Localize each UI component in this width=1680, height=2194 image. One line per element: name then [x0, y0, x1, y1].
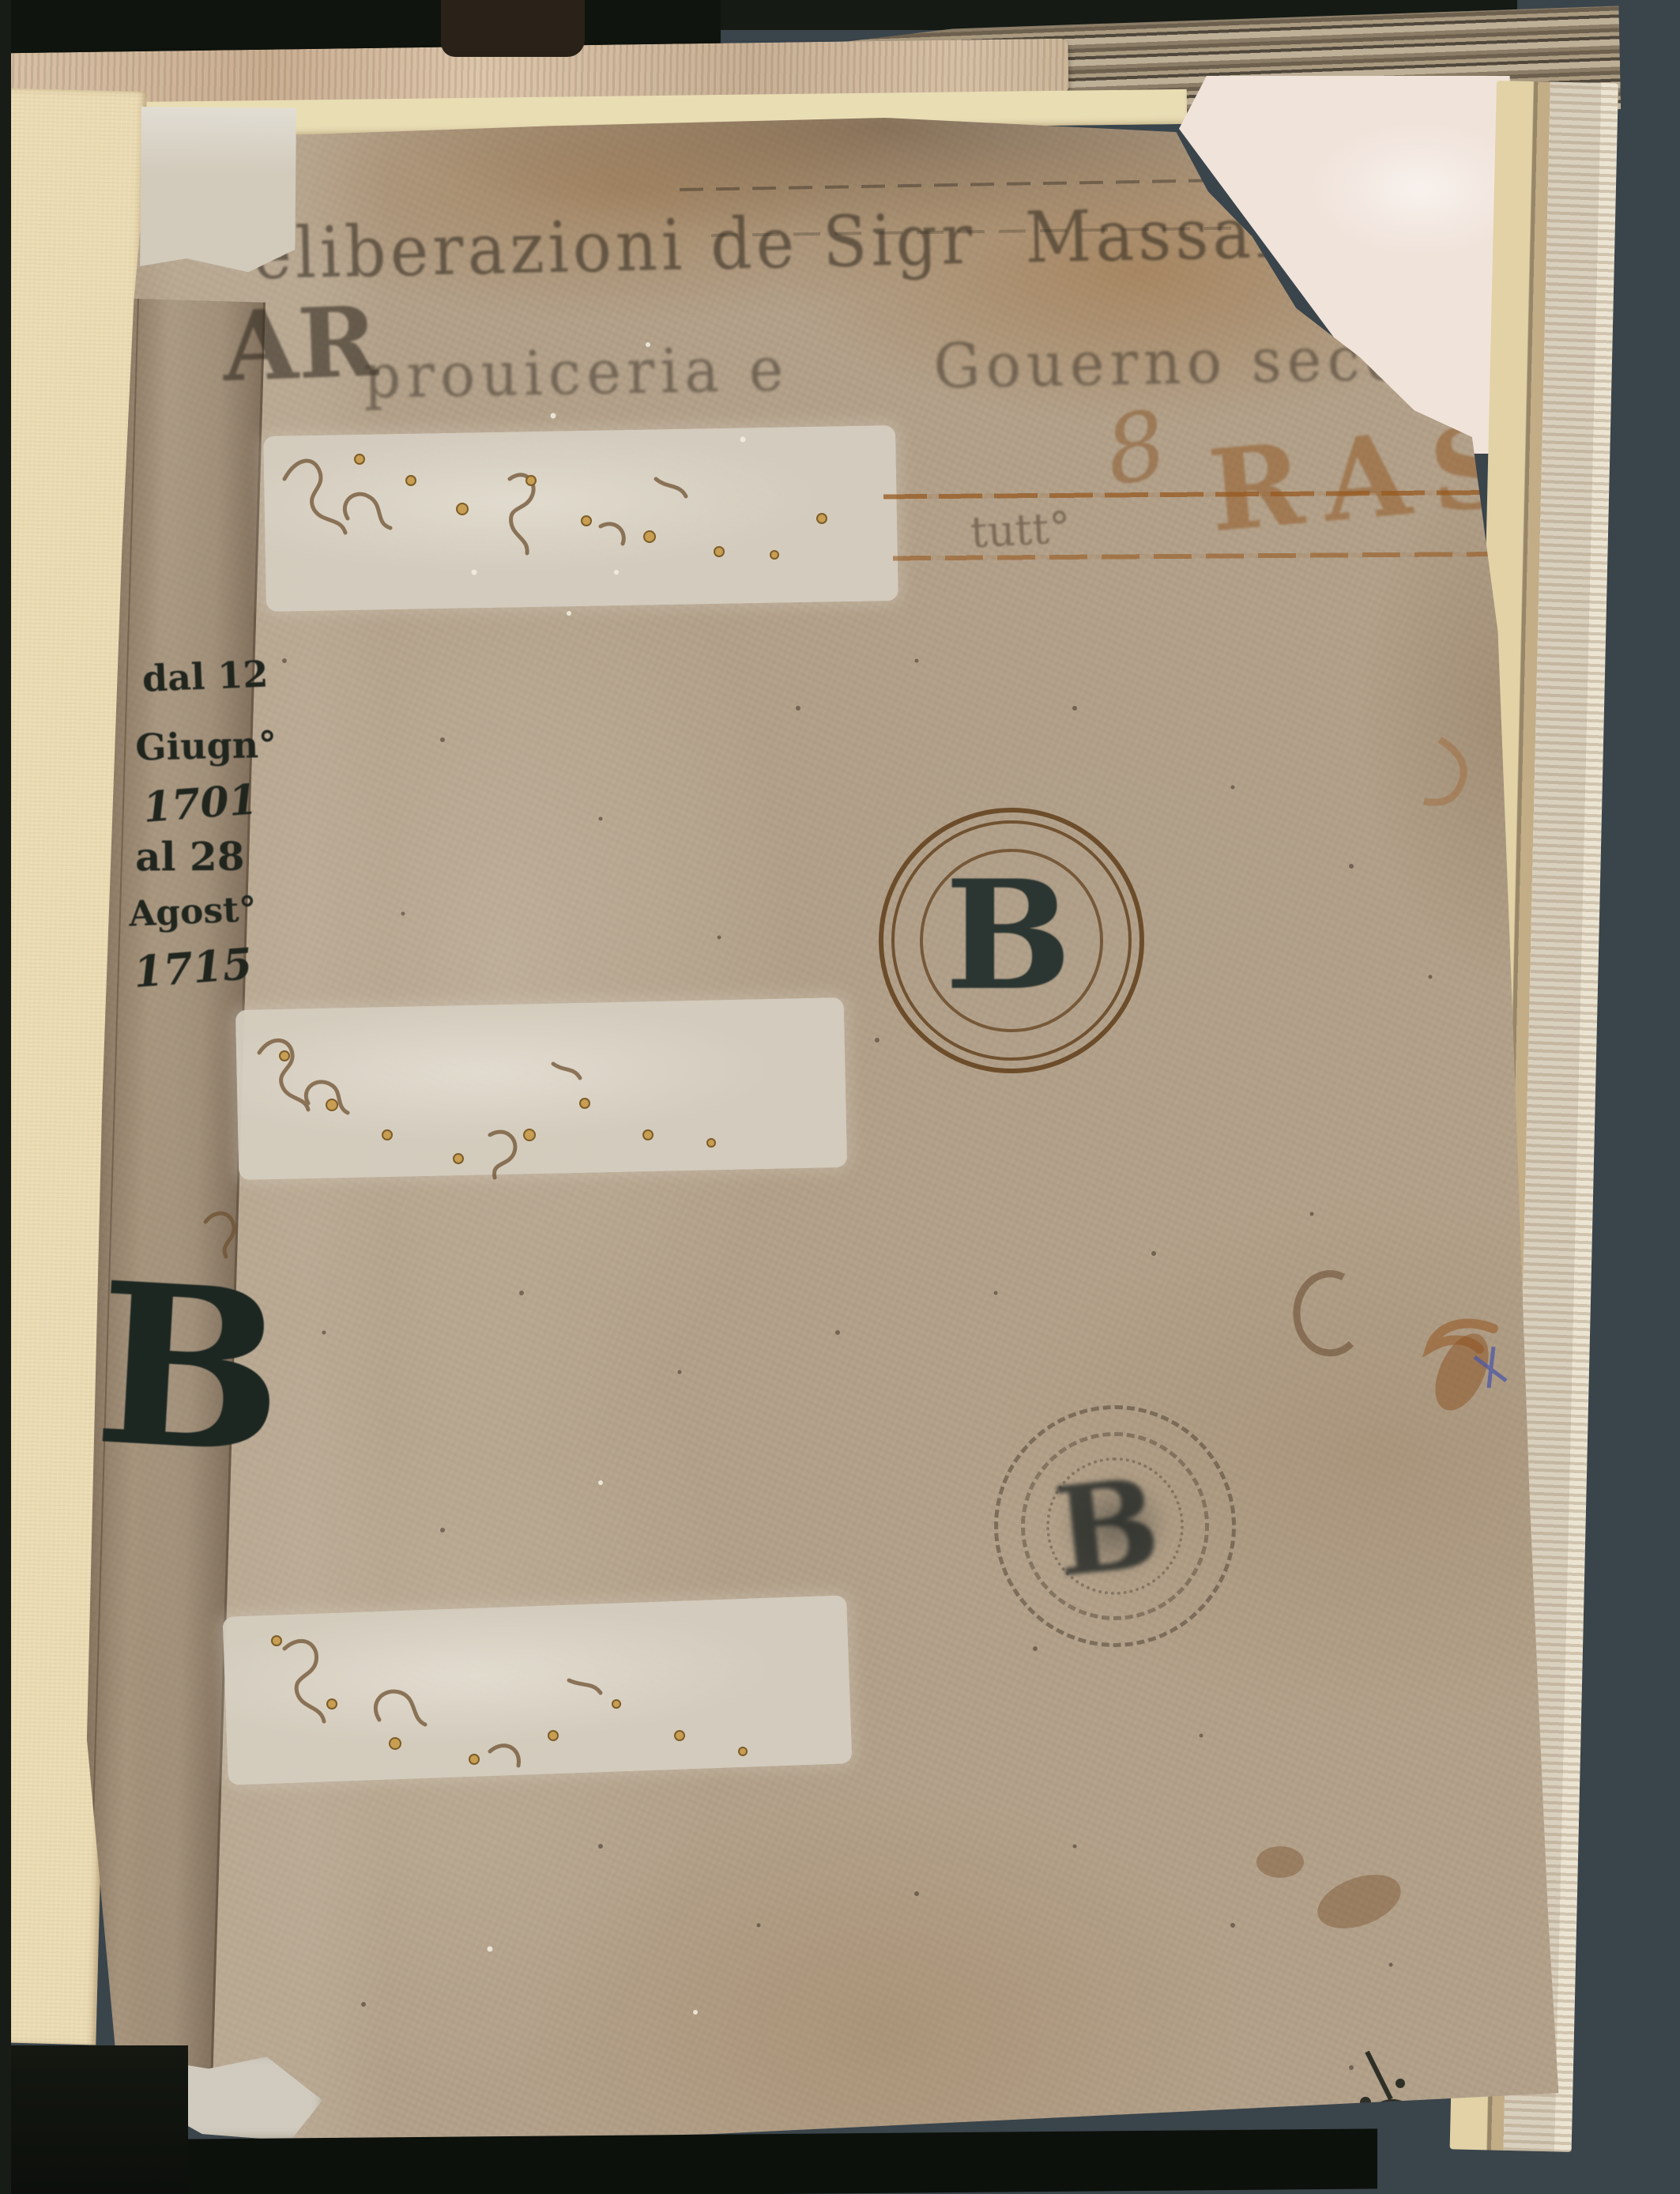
repair-patch-middle: [235, 997, 847, 1180]
curl-stain: [1424, 740, 1463, 802]
background-shadow-bottom-left: [0, 2045, 188, 2194]
spine-initial-letter: B: [90, 1253, 289, 1485]
faded-circular-b-stamp: B: [994, 1405, 1236, 1647]
stamp-letter: B: [876, 803, 1141, 1069]
vellum-cover: dal 12 Giugn° 1701 al 28 Agost° 1715 B e…: [47, 107, 1565, 2154]
rust-splotches: [1256, 1846, 1408, 1939]
background-shadow-bottom: [180, 2128, 1377, 2194]
repair-patch-top: [263, 425, 898, 612]
spine-head-dark-corner: [441, 0, 585, 57]
rust-hook-stain: [1425, 1324, 1500, 1419]
spine-date-line: Giugn°: [135, 723, 277, 769]
spine-date-line: dal 12: [141, 653, 269, 700]
blue-pen-cross: [1475, 1347, 1506, 1388]
faded-stamp-letter: B: [974, 1394, 1240, 1660]
grey-paper-tab: [140, 107, 296, 273]
photograph-of-register-cover: dal 12 Giugn° 1701 al 28 Agost° 1715 B e…: [0, 0, 1680, 2194]
spine-date-line: al 28: [135, 833, 245, 880]
cover-title-line3-small: tutt°: [970, 507, 1072, 555]
circular-b-stamp: B: [879, 808, 1144, 1073]
cover-title-line2: prouiceria e Gouerno secon: [363, 327, 1449, 408]
spine-date-line: 1715: [132, 938, 254, 997]
cover-title-line2-initials: AR: [221, 293, 379, 395]
cover-title-flourish: 8: [1098, 397, 1173, 499]
repair-patch-bottom: [223, 1595, 853, 1785]
background-edge-left: [0, 0, 11, 2194]
c-shaped-mark: [1297, 1274, 1351, 1353]
spine-date-line: Agost°: [128, 889, 257, 934]
dark-speckles: [282, 658, 1433, 2070]
spine-date-line: 1701: [141, 775, 259, 832]
